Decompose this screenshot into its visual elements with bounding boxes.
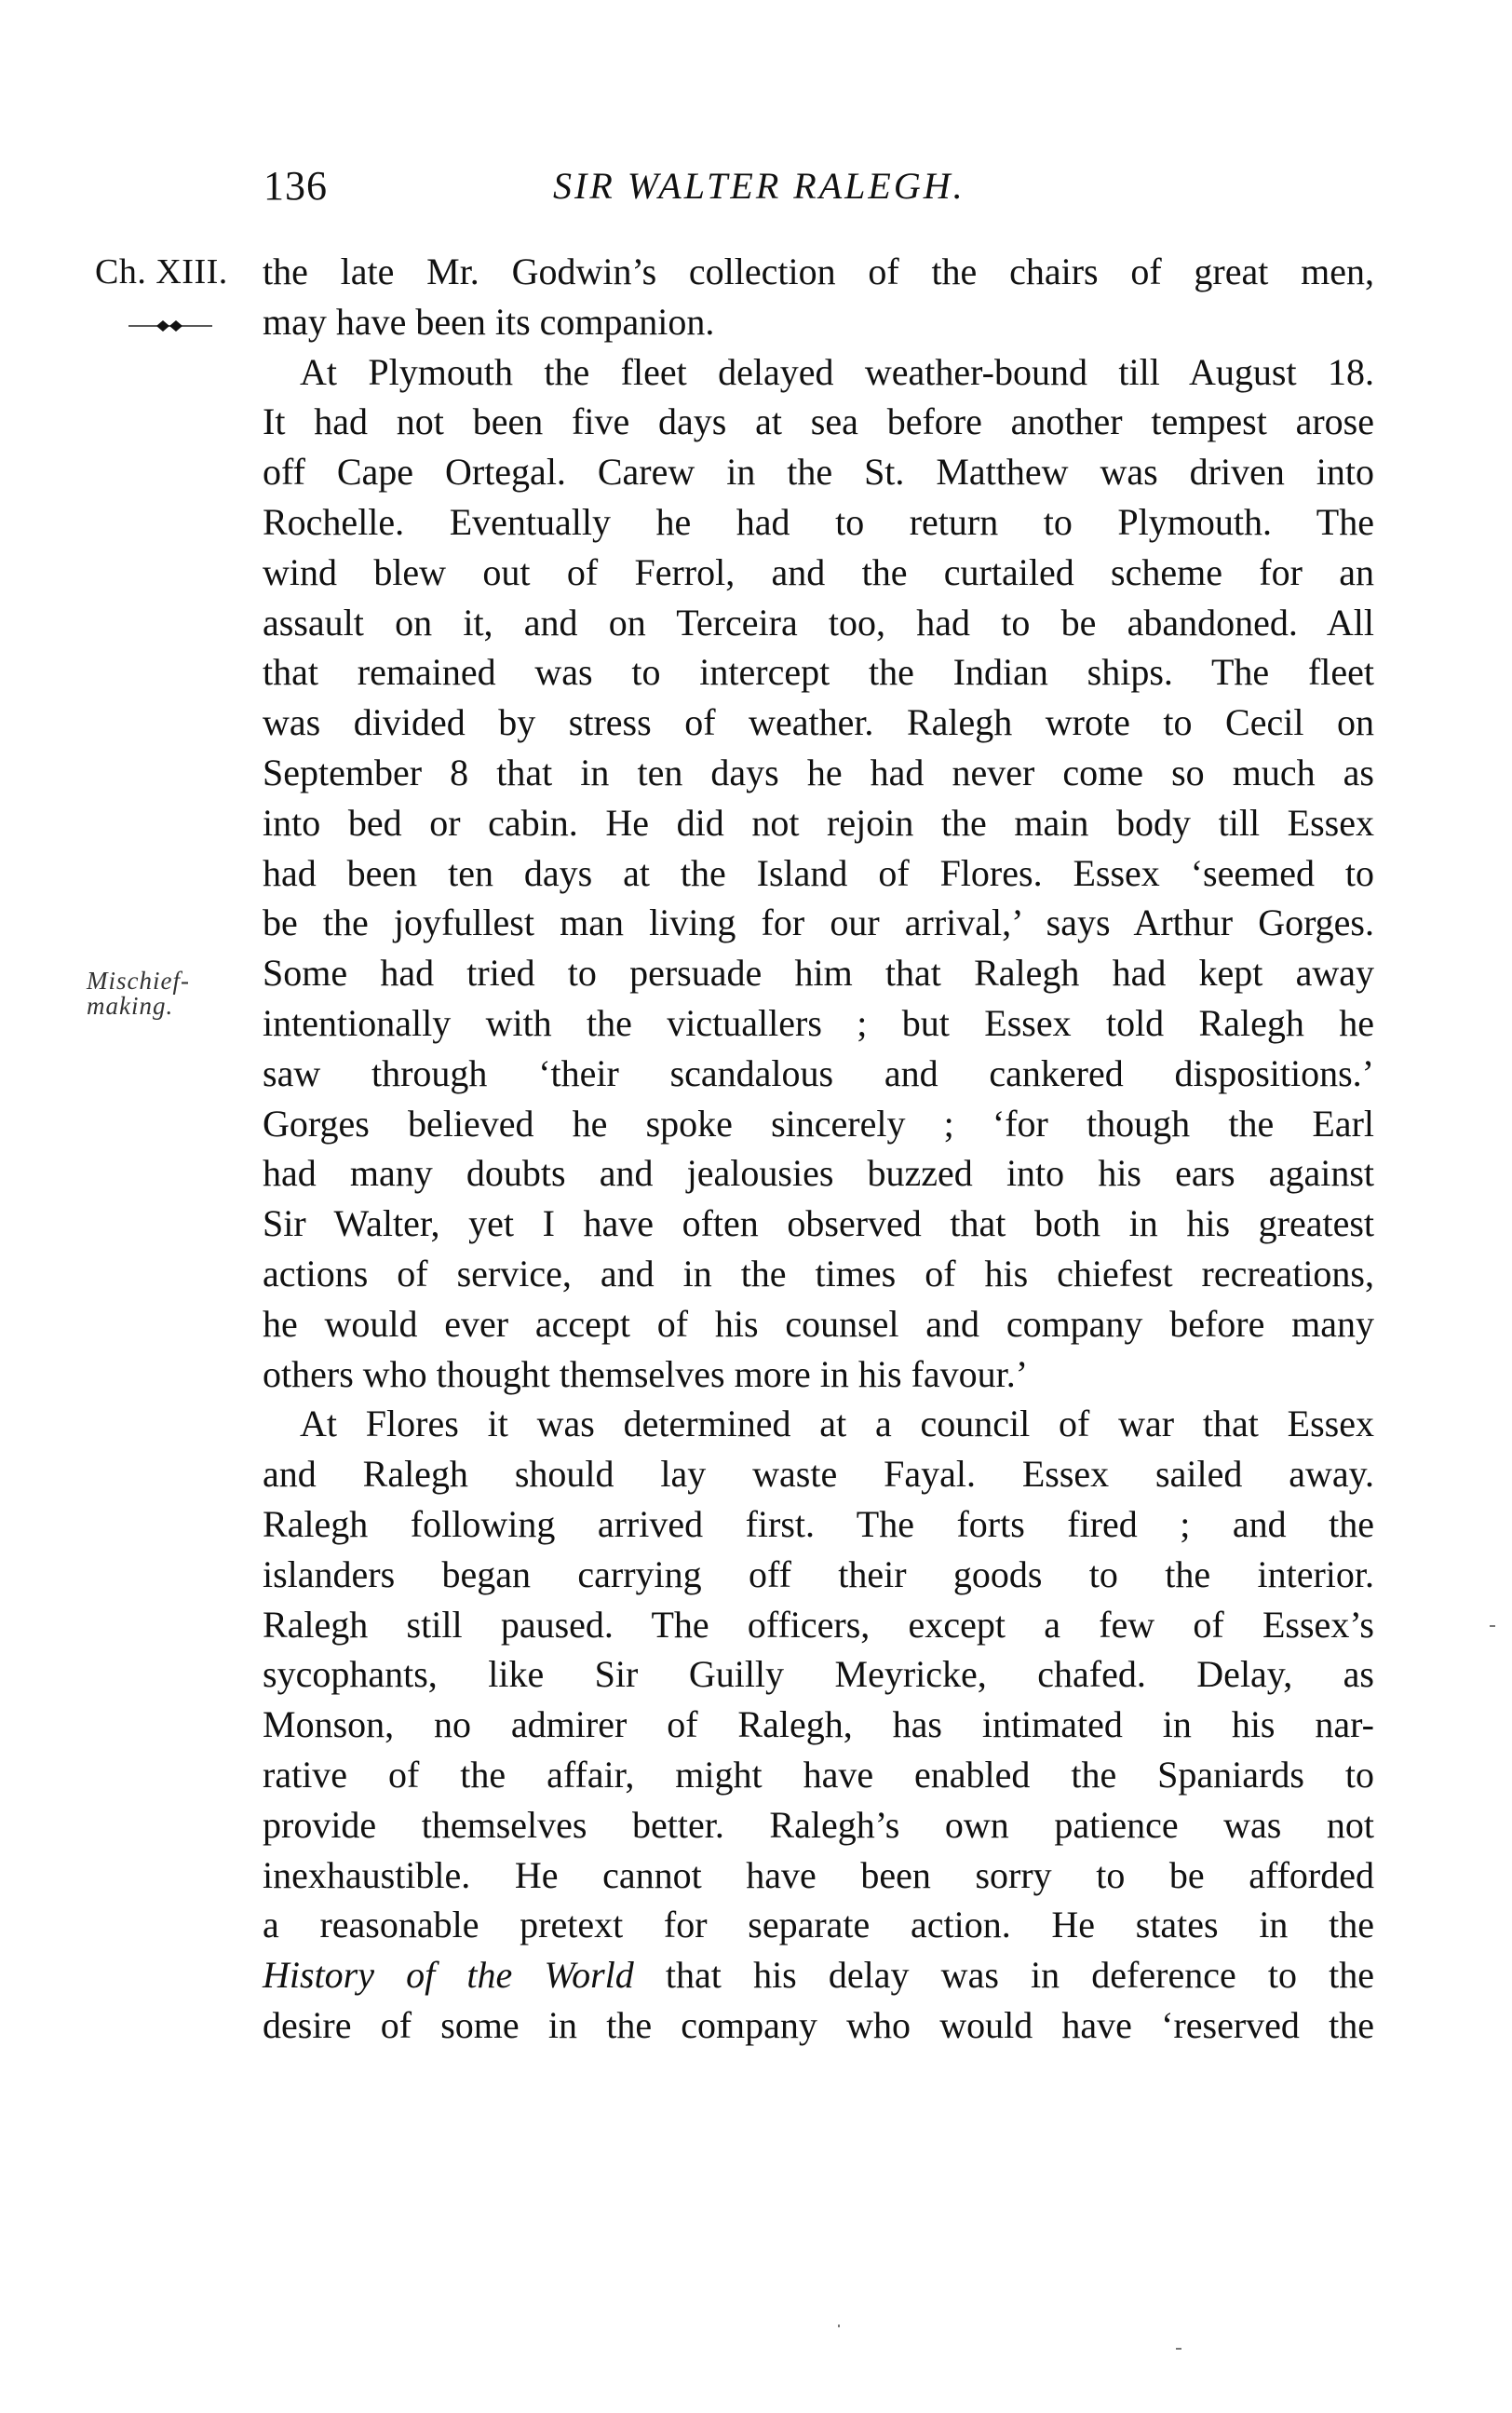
text-line-with-title: History of the World that his delay was … xyxy=(263,1950,1374,2000)
text-line: the late Mr. Godwin’s collection of the … xyxy=(263,247,1374,297)
scan-speck xyxy=(1176,2348,1181,2350)
scan-speck xyxy=(1490,1625,1495,1627)
text-line: saw through ‘their scandalous and canker… xyxy=(263,1049,1374,1099)
text-line: September 8 that in ten days he had neve… xyxy=(263,748,1374,798)
text-line: Some had tried to persuade him that Rale… xyxy=(263,948,1374,998)
text-line: had been ten days at the Island of Flore… xyxy=(263,848,1374,899)
text-line: Ralegh still paused. The officers, excep… xyxy=(263,1600,1374,1650)
text-line: assault on it, and on Terceira too, had … xyxy=(263,598,1374,648)
ornament-rule-icon xyxy=(128,319,212,332)
scan-speck xyxy=(838,2325,840,2327)
side-note-line: Mischief- xyxy=(87,969,217,994)
book-page: 136 SIR WALTER RALEGH. Ch. XIII. Mischie… xyxy=(0,0,1512,2413)
text-line: wind blew out of Ferrol, and the curtail… xyxy=(263,548,1374,598)
text-line: that remained was to intercept the India… xyxy=(263,647,1374,698)
side-note: Mischief- making. xyxy=(87,969,217,1019)
text-line: was divided by stress of weather. Ralegh… xyxy=(263,698,1374,748)
text-line: intentionally with the victuallers ; but… xyxy=(263,998,1374,1049)
text-line: It had not been five days at sea before … xyxy=(263,397,1374,447)
text-line: Sir Walter, yet I have often observed th… xyxy=(263,1199,1374,1249)
text-line: off Cape Ortegal. Carew in the St. Matth… xyxy=(263,447,1374,497)
text-line: Monson, no admirer of Ralegh, has intima… xyxy=(263,1700,1374,1750)
text-line: actions of service, and in the times of … xyxy=(263,1249,1374,1299)
text-line: Gorges believed he spoke sincerely ; ‘fo… xyxy=(263,1099,1374,1149)
side-note-line: making. xyxy=(87,994,217,1019)
chapter-prefix: Ch. xyxy=(95,252,146,291)
text-line: islanders began carrying off their goods… xyxy=(263,1550,1374,1600)
chapter-number: XIII. xyxy=(155,252,227,291)
text-line: he would ever accept of his counsel and … xyxy=(263,1299,1374,1349)
text-line: had many doubts and jealousies buzzed in… xyxy=(263,1148,1374,1199)
text-line: a reasonable pretext for separate action… xyxy=(263,1900,1374,1950)
text-line: inexhaustible. He cannot have been sorry… xyxy=(263,1850,1374,1901)
text-line: and Ralegh should lay waste Fayal. Essex… xyxy=(263,1449,1374,1499)
page-number: 136 xyxy=(263,160,328,212)
text-line: provide themselves better. Ralegh’s own … xyxy=(263,1800,1374,1850)
text-line: desire of some in the company who would … xyxy=(263,2000,1374,2051)
paragraph-start-line: At Flores it was determined at a council… xyxy=(263,1399,1374,1449)
running-header-title: SIR WALTER RALEGH. xyxy=(553,160,965,212)
text-line: Ralegh following arrived first. The fort… xyxy=(263,1499,1374,1550)
text-line: others who thought themselves more in hi… xyxy=(263,1349,1374,1400)
text-line: be the joyfullest man living for our arr… xyxy=(263,898,1374,948)
text-fragment: that his delay was in deference to the xyxy=(634,1954,1374,1996)
text-line: into bed or cabin. He did not rejoin the… xyxy=(263,798,1374,848)
text-line: may have been its companion. xyxy=(263,297,1374,347)
paragraph-start-line: At Plymouth the fleet delayed weather-bo… xyxy=(263,347,1374,398)
chapter-label: Ch. XIII. xyxy=(95,247,228,297)
text-line: Rochelle. Eventually he had to return to… xyxy=(263,497,1374,548)
book-title-italic: History of the World xyxy=(263,1954,634,1996)
body-text: the late Mr. Godwin’s collection of the … xyxy=(263,247,1374,2051)
text-line: rative of the affair, might have enabled… xyxy=(263,1750,1374,1800)
text-line: sycophants, like Sir Guilly Meyricke, ch… xyxy=(263,1649,1374,1700)
